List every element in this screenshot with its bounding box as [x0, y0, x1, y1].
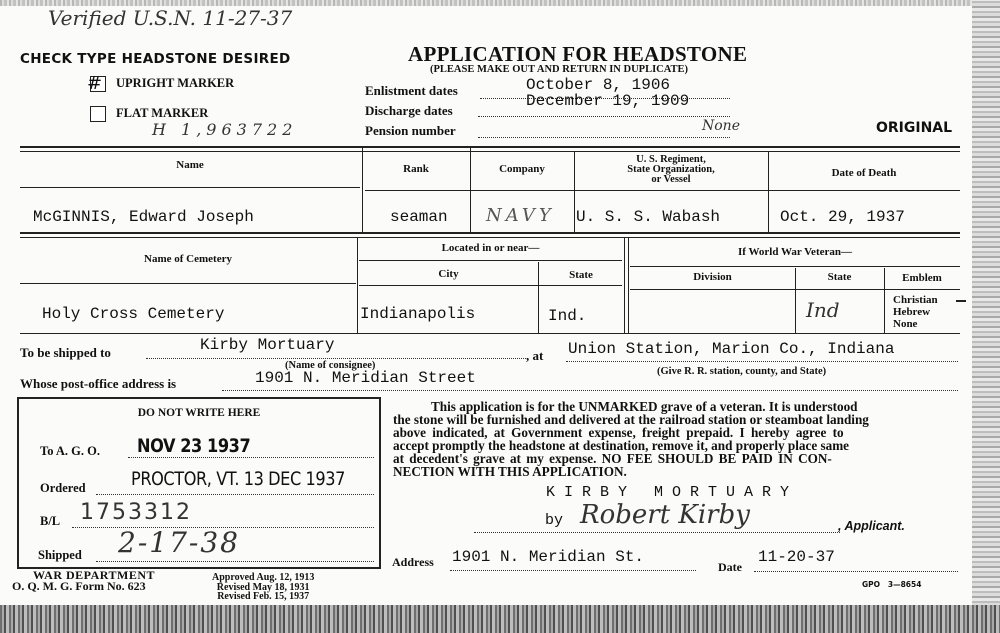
- division-value[interactable]: [632, 295, 792, 329]
- applicant-organization: K I R B Y M O R T U A R Y: [546, 484, 789, 501]
- regiment-value[interactable]: U. S. S. Wabash: [576, 208, 720, 226]
- statement-paragraph: This application is for the UNMARKED gra…: [393, 400, 869, 478]
- ww-state-header: State: [795, 271, 884, 283]
- division-header: Division: [630, 271, 795, 283]
- regiment-header: U. S. Regiment, State Organization, or V…: [574, 155, 768, 185]
- ago-label: To A. G. O.: [40, 444, 100, 459]
- bl-label: B/L: [40, 514, 60, 529]
- service-number-handwritten: H 1,963722: [152, 120, 297, 139]
- form-number: O. Q. M. G. Form No. 623: [12, 579, 146, 594]
- form-subtitle: (PLEASE MAKE OUT AND RETURN IN DUPLICATE…: [430, 64, 688, 75]
- check-mark-icon: #: [87, 73, 102, 94]
- divider: [20, 232, 960, 238]
- flat-marker-label: FLAT MARKER: [116, 106, 208, 121]
- company-header: Company: [470, 163, 574, 175]
- po-address-value[interactable]: 1901 N. Meridian Street: [255, 369, 476, 387]
- scan-edge-bottom: [0, 605, 1000, 633]
- name-header: Name: [20, 159, 360, 171]
- bl-value: 1753312: [80, 500, 192, 525]
- at-label: , at: [526, 348, 543, 364]
- revision-history: Approved Aug. 12, 1913 Revised May 18, 1…: [212, 573, 314, 602]
- state-value[interactable]: Ind.: [548, 307, 586, 325]
- emblem-options: Christian Hebrew None: [893, 294, 938, 330]
- name-value[interactable]: McGINNIS, Edward Joseph: [33, 208, 254, 226]
- rank-value[interactable]: seaman: [390, 208, 448, 226]
- station-value[interactable]: Union Station, Marion Co., Indiana: [568, 340, 894, 358]
- copy-label: ORIGINAL: [876, 120, 952, 136]
- ww-veteran-header: If World War Veteran—: [630, 246, 960, 258]
- applicant-label: , Applicant.: [838, 519, 905, 533]
- date-of-death-header: Date of Death: [768, 167, 960, 179]
- applicant-signature[interactable]: Robert Kirby: [580, 500, 750, 530]
- emblem-option-hebrew[interactable]: Hebrew: [893, 306, 938, 318]
- verified-note: Verified U.S.N. 11-27-37: [48, 6, 292, 30]
- date-value[interactable]: 11-20-37: [758, 548, 835, 566]
- address-label: Address: [392, 555, 434, 570]
- city-header: City: [359, 268, 538, 280]
- divider: [20, 146, 960, 152]
- po-address-label: Whose post-office address is: [20, 376, 176, 392]
- ordered-label: Ordered: [40, 481, 86, 496]
- located-header: Located in or near—: [359, 242, 622, 254]
- emblem-option-christian[interactable]: Christian: [893, 294, 938, 306]
- station-note: (Give R. R. station, county, and State): [657, 366, 826, 377]
- flat-marker-checkbox[interactable]: [90, 106, 106, 122]
- discharge-value[interactable]: December 19, 1909: [526, 92, 689, 110]
- emblem-option-none[interactable]: None: [893, 318, 938, 330]
- revised-date: Revised Feb. 15, 1937: [212, 592, 314, 602]
- regiment-header-line: or Vessel: [574, 175, 768, 185]
- company-value[interactable]: NAVY: [486, 205, 555, 226]
- discharge-label: Discharge dates: [365, 103, 453, 119]
- office-box-title: DO NOT WRITE HERE: [17, 407, 381, 419]
- cemetery-value[interactable]: Holy Cross Cemetery: [42, 305, 224, 323]
- emblem-header: Emblem: [884, 272, 960, 284]
- pension-value[interactable]: None: [702, 118, 740, 134]
- state-header: State: [538, 269, 624, 281]
- date-of-death-value[interactable]: Oct. 29, 1937: [780, 208, 905, 226]
- scan-edge-right: [972, 0, 1000, 633]
- enlistment-label: Enlistment dates: [365, 83, 458, 99]
- print-code: GPO 3—8654: [862, 580, 921, 589]
- scan-edge-top: [0, 0, 1000, 6]
- date-label: Date: [718, 560, 742, 575]
- shipped-value: 2-17-38: [118, 526, 240, 559]
- emblem-selected-mark: [956, 300, 966, 302]
- shipped-to-value[interactable]: Kirby Mortuary: [200, 336, 334, 354]
- shipped-label: Shipped: [38, 548, 82, 563]
- check-type-title: CHECK TYPE HEADSTONE DESIRED: [20, 51, 291, 67]
- address-value[interactable]: 1901 N. Meridian St.: [452, 548, 644, 566]
- upright-marker-checkbox[interactable]: #: [90, 76, 106, 92]
- city-value[interactable]: Indianapolis: [360, 305, 475, 323]
- by-label: by: [545, 512, 563, 529]
- ago-stamp-value: NOV 23 1937: [137, 435, 250, 457]
- cemetery-header: Name of Cemetery: [20, 253, 356, 265]
- upright-marker-label: UPRIGHT MARKER: [116, 76, 234, 91]
- ordered-stamp-value: PROCTOR, VT. 13 DEC 1937: [131, 468, 345, 490]
- shipped-to-label: To be shipped to: [20, 345, 111, 361]
- pension-label: Pension number: [365, 123, 456, 139]
- ww-state-value[interactable]: Ind: [806, 298, 840, 322]
- rank-header: Rank: [362, 163, 470, 175]
- statement-line: NECTION WITH THIS APPLICATION.: [393, 465, 869, 478]
- headstone-application-form: Verified U.S.N. 11-27-37 CHECK TYPE HEAD…: [0, 0, 972, 605]
